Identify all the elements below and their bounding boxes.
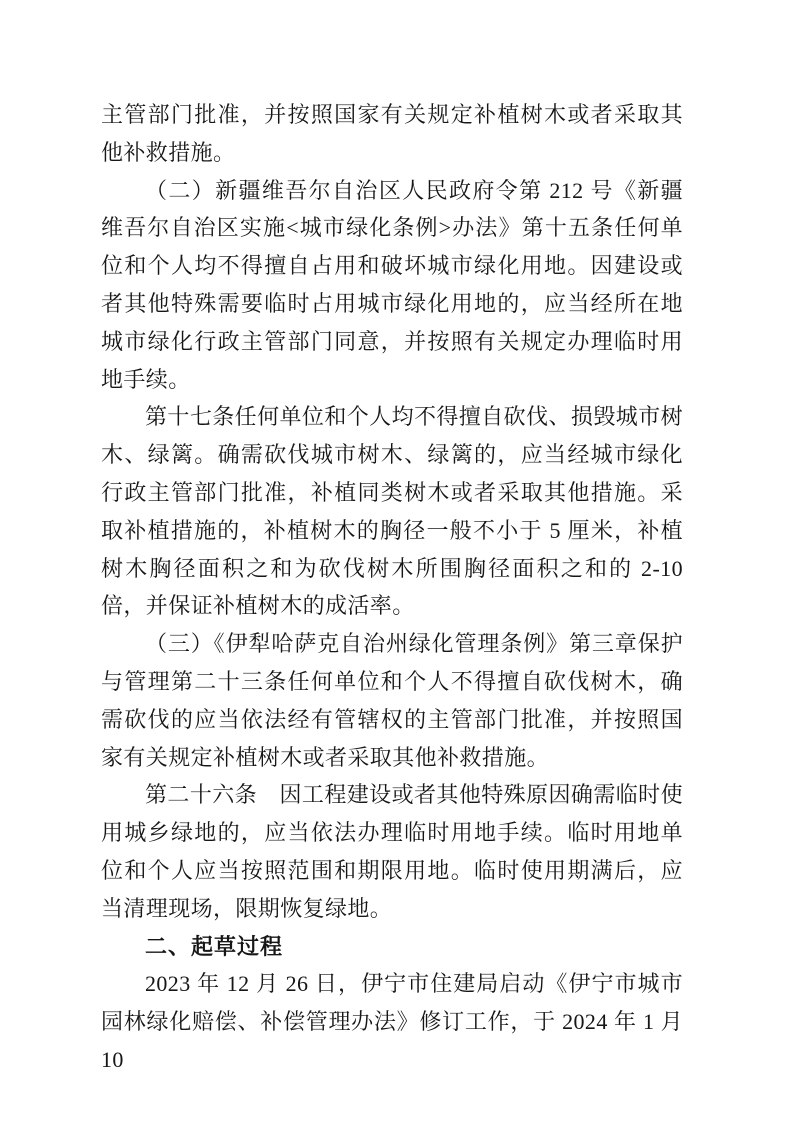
paragraph: （二）新疆维吾尔自治区人民政府令第 212 号《新疆维吾尔自治区实施<城市绿化条… [101,172,683,399]
paragraph: 2023 年 12 月 26 日，伊宁市住建局启动《伊宁市城市园林绿化赔偿、补偿… [101,965,683,1078]
paragraph: 主管部门批准，并按照国家有关规定补植树木或者采取其他补救措施。 [101,96,683,172]
paragraph: （三）《伊犁哈萨克自治州绿化管理条例》第三章保护与管理第二十三条任何单位和个人不… [101,625,683,776]
paragraph: 第十七条任何单位和个人均不得擅自砍伐、损毁城市树木、绿篱。确需砍伐城市树木、绿篱… [101,398,683,625]
section-heading: 二、起草过程 [101,928,683,966]
document-page: 主管部门批准，并按照国家有关规定补植树木或者采取其他补救措施。（二）新疆维吾尔自… [0,0,793,1122]
paragraph: 第二十六条 因工程建设或者其他特殊原因确需临时使用城乡绿地的，应当依法办理临时用… [101,776,683,927]
